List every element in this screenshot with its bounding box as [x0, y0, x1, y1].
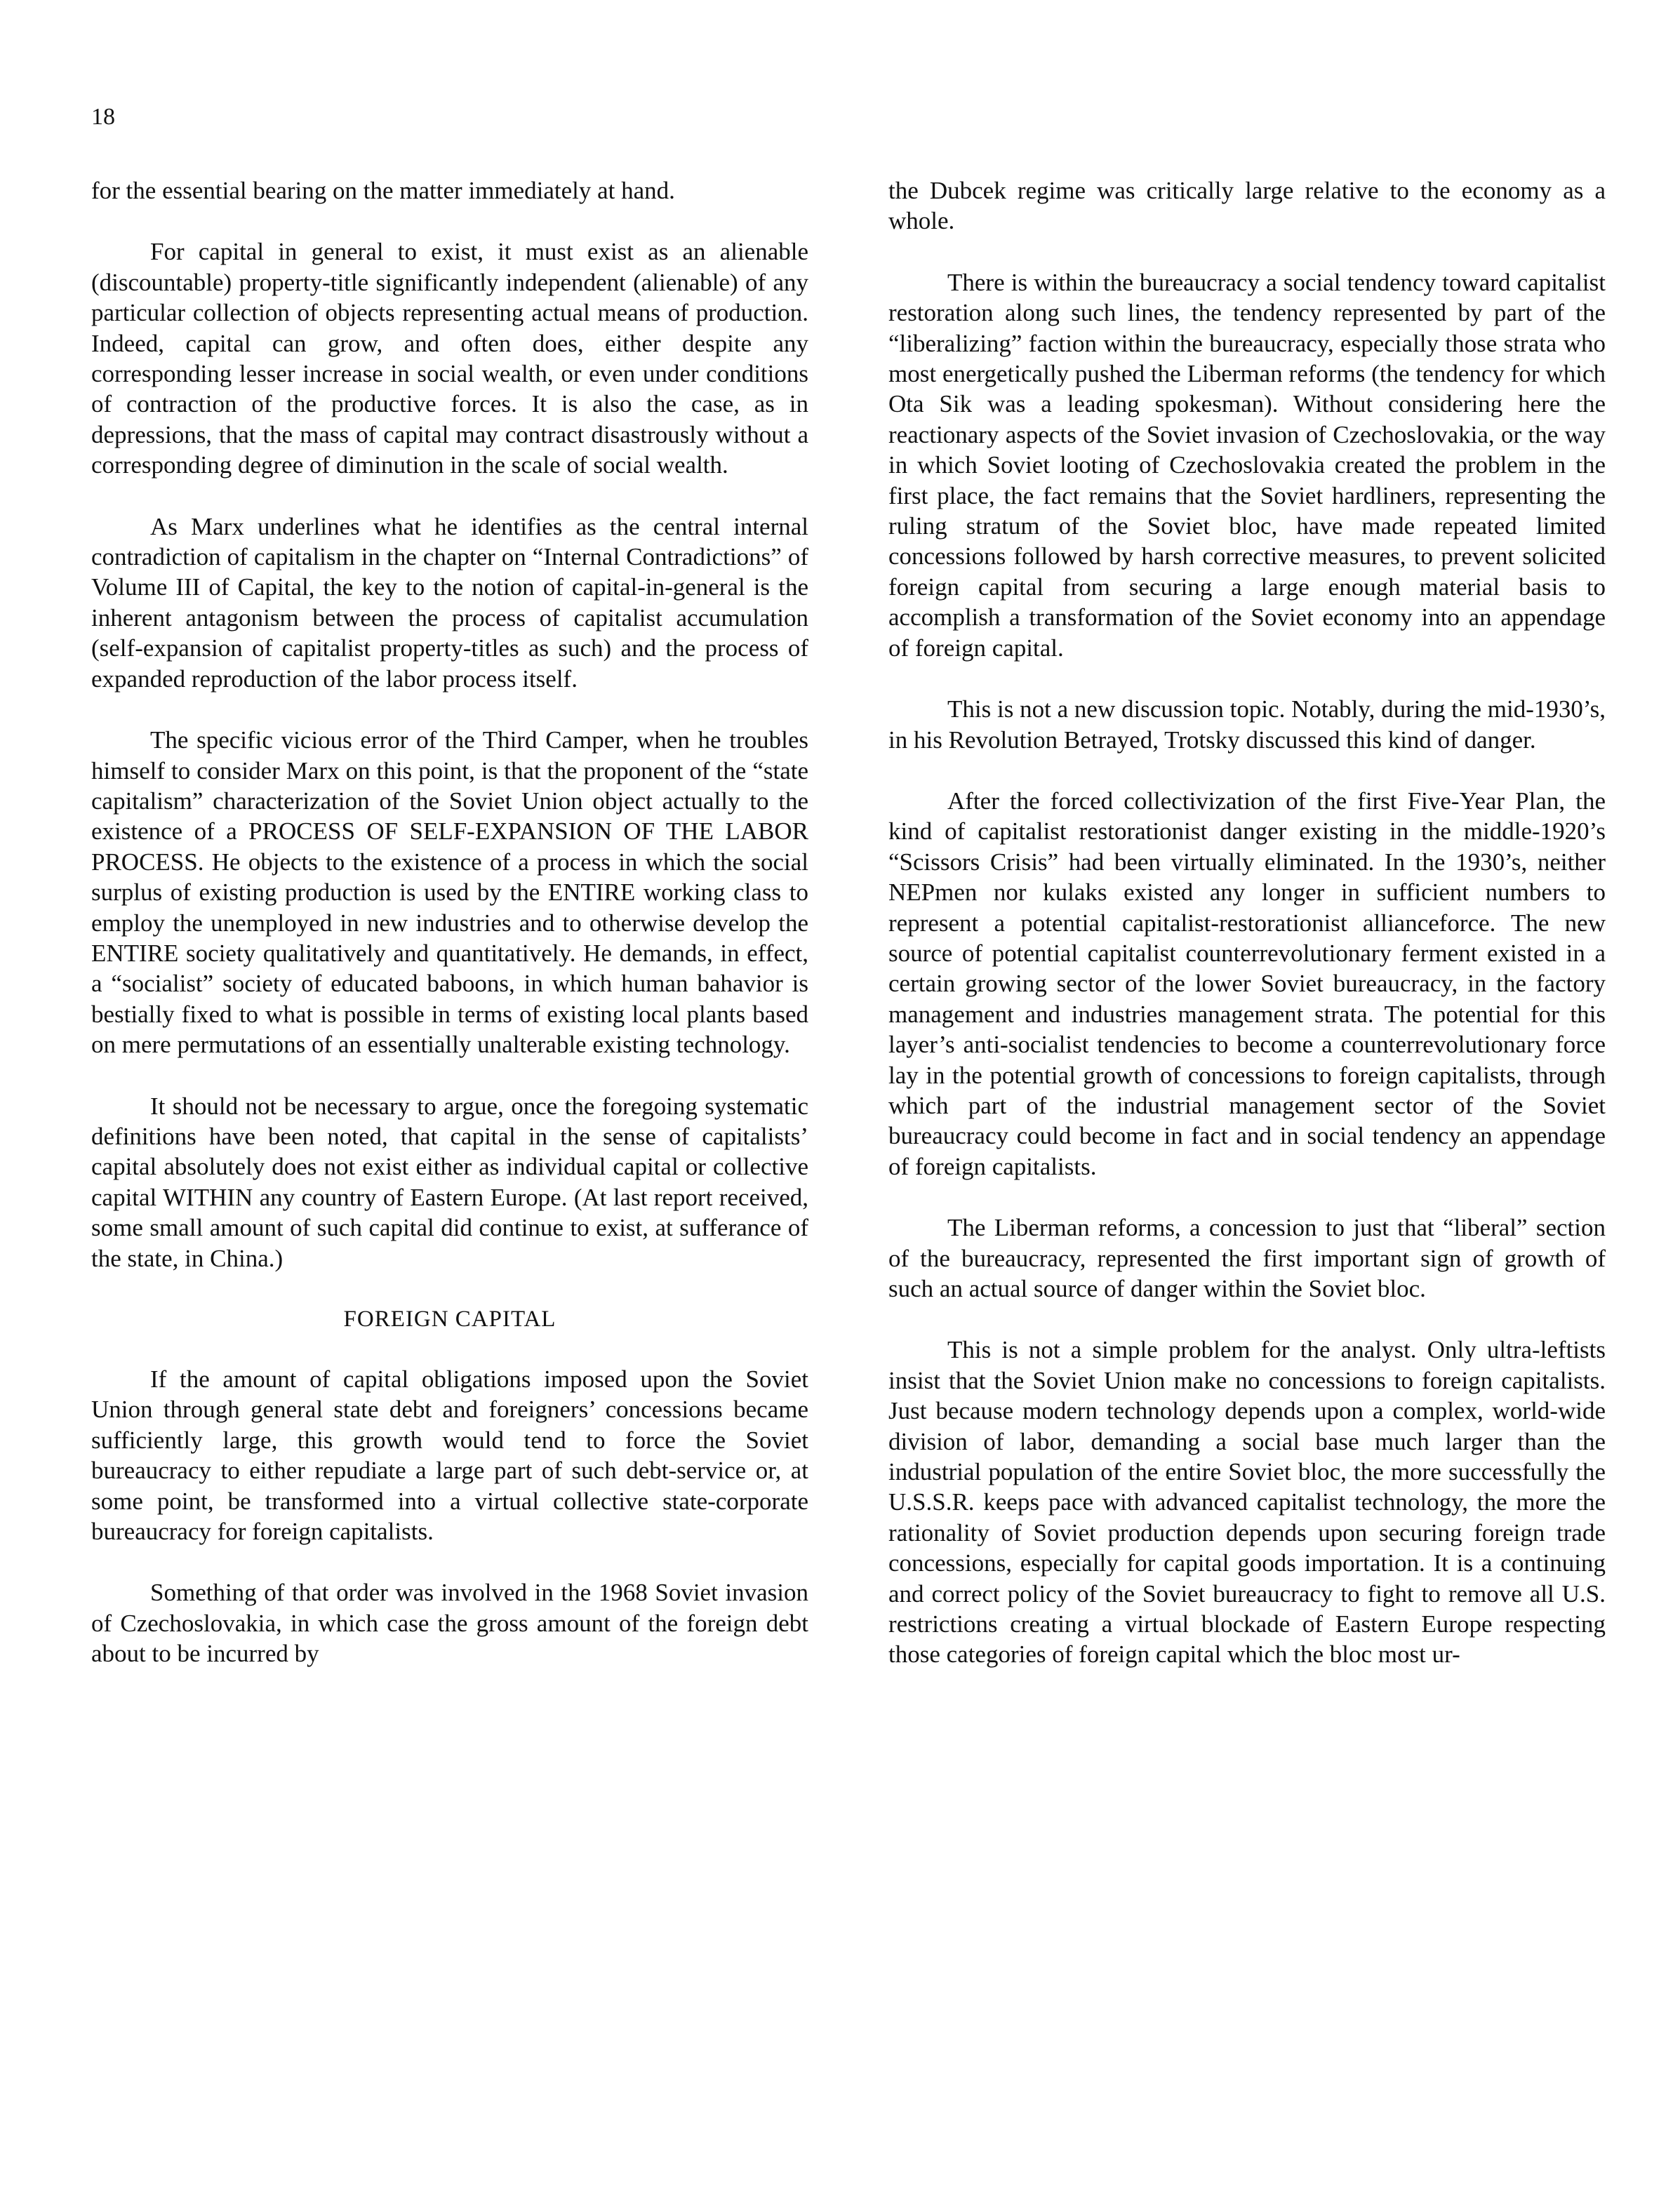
- section-heading: FOREIGN CAPITAL: [91, 1304, 808, 1335]
- paragraph: Something of that order was involved in …: [91, 1577, 808, 1669]
- paragraph: As Marx underlines what he identifies as…: [91, 512, 808, 694]
- paragraph: There is within the bureaucracy a social…: [888, 267, 1606, 663]
- left-column: for the essential bearing on the matter …: [91, 175, 808, 1700]
- paragraph: the Dubcek regime was critically large r…: [888, 175, 1606, 236]
- paragraph: After the forced collectivization of the…: [888, 786, 1606, 1182]
- paragraph: This is not a simple problem for the ana…: [888, 1335, 1606, 1669]
- right-column: the Dubcek regime was critically large r…: [888, 175, 1606, 1701]
- paragraph: For capital in general to exist, it must…: [91, 236, 808, 480]
- paragraph: It should not be necessary to argue, onc…: [91, 1091, 808, 1274]
- paragraph: This is not a new discussion topic. Nota…: [888, 694, 1606, 755]
- paragraph: If the amount of capital obligations imp…: [91, 1364, 808, 1546]
- paragraph: The specific vicious error of the Third …: [91, 725, 808, 1060]
- page-number: 18: [91, 104, 115, 131]
- paragraph: The Liberman reforms, a concession to ju…: [888, 1212, 1606, 1304]
- paragraph: for the essential bearing on the matter …: [91, 175, 808, 206]
